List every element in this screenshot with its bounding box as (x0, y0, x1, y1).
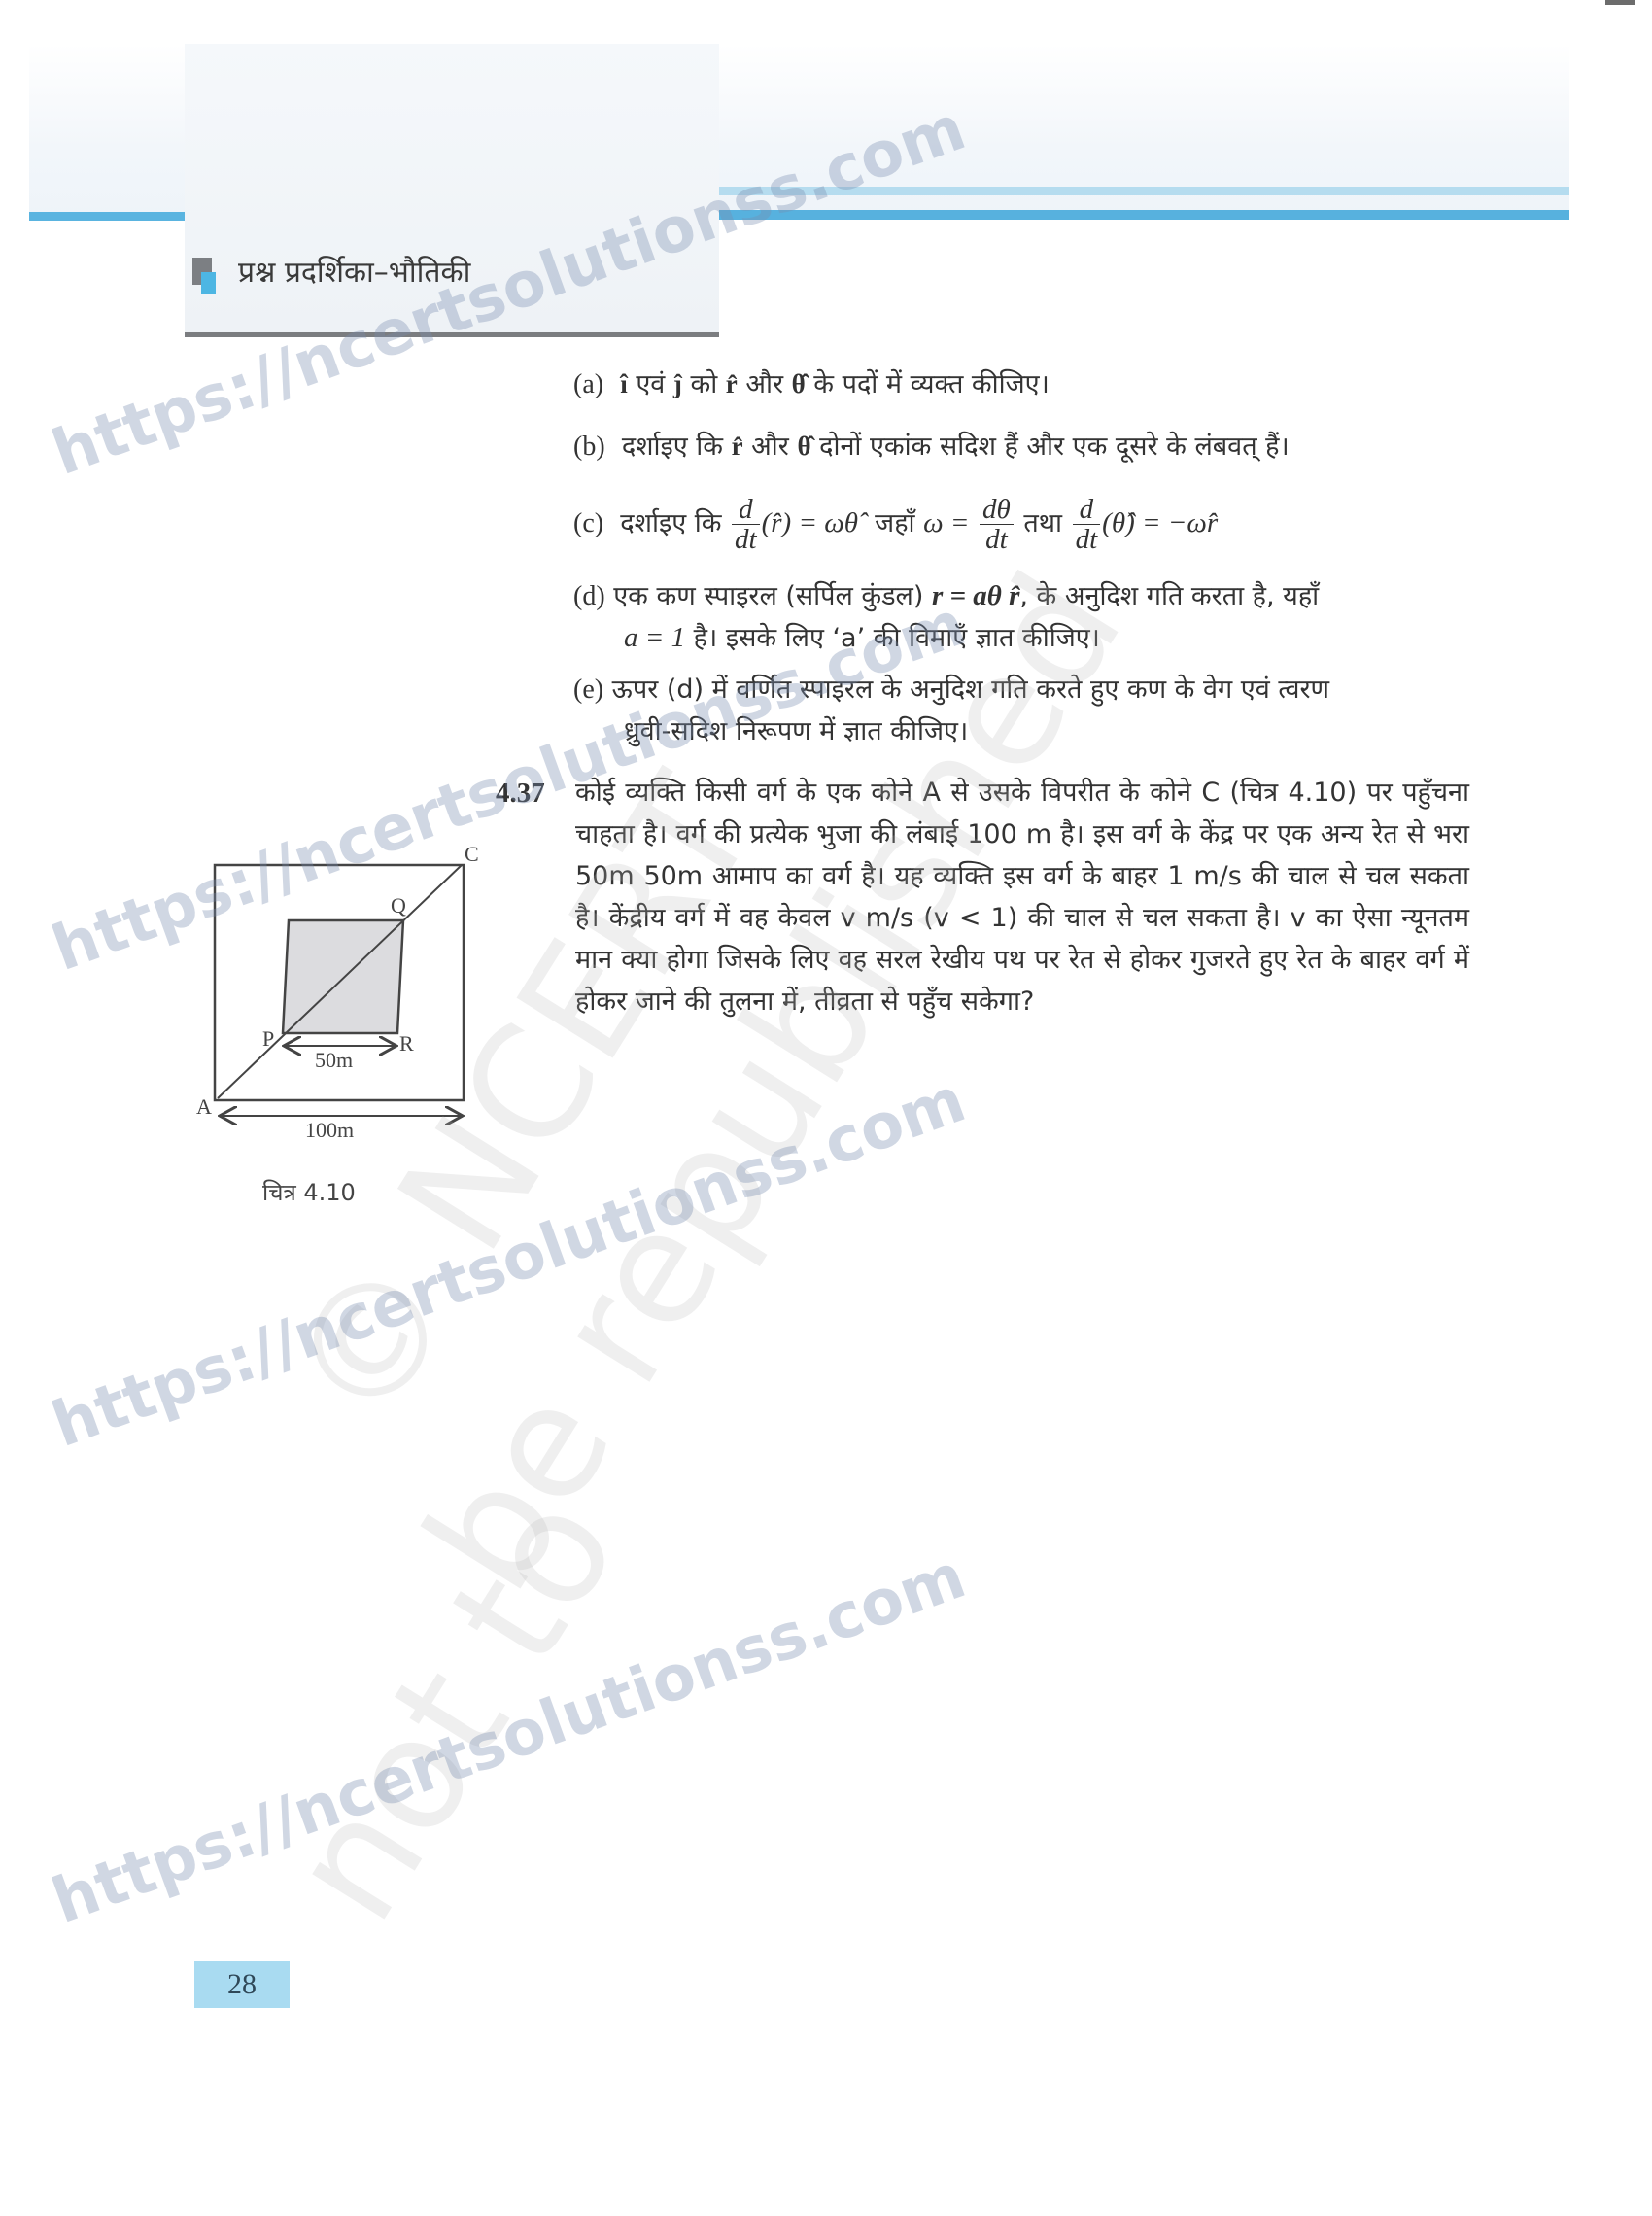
header-accent-line-light (719, 187, 1569, 195)
subquestion-a: (a) î एवं ĵ को r̂ और θ̂ के पदों में व्यक… (573, 364, 1477, 405)
fraction-d-dt-2: ddt (1073, 495, 1101, 554)
watermark-not-to: not to (254, 1464, 652, 1951)
running-header-title: प्रश्न प्रदर्शिका–भौतिकी (238, 251, 470, 291)
svg-text:P: P (262, 1026, 274, 1051)
header-tab (185, 44, 719, 335)
corner-crop-mark (1605, 0, 1635, 5)
page-number: 28 (194, 1961, 290, 2008)
watermark-site-4: https://ncertsolutionss.com (44, 1541, 975, 1938)
question-text: कोई व्यक्ति किसी वर्ग के एक कोने A से उस… (575, 772, 1469, 1022)
svg-text:R: R (399, 1031, 414, 1056)
question-number: 4.37 (496, 778, 545, 810)
svg-text:A: A (196, 1094, 212, 1119)
fraction-dtheta-dt: dθdt (980, 495, 1014, 554)
subquestion-b: (b) दर्शाइए कि r̂ और θ̂ दोनों एकांक सदिश… (573, 426, 1477, 467)
svg-text:100m: 100m (305, 1118, 354, 1142)
header-accent-line-left (29, 212, 185, 221)
figure-4-10: A C P Q R 50m 100m (185, 836, 496, 1205)
watermark-site-3: https://ncertsolutionss.com (44, 1064, 975, 1462)
subquestion-c: (c) दर्शाइए कि ddt(r̂) = ωθ̂ जहाँ ω = dθ… (573, 494, 1477, 554)
header-accent-line-dark (719, 210, 1569, 220)
subquestion-d: (d) एक कण स्पाइरल (सर्पिल कुंडल) r = aθ … (573, 575, 1477, 659)
figure-caption: चित्र 4.10 (262, 1176, 356, 1208)
subquestion-e: (e) ऊपर (d) में वर्णित स्पाइरल के अनुदिश… (573, 669, 1477, 752)
svg-text:Q: Q (391, 893, 406, 918)
header-tab-rule (185, 332, 719, 337)
fraction-d-dt: ddt (732, 495, 760, 554)
svg-text:50m: 50m (315, 1048, 353, 1072)
header-squares-icon (192, 258, 222, 296)
square-path-diagram: A C P Q R 50m 100m (185, 836, 496, 1205)
svg-text:C: C (465, 842, 479, 866)
